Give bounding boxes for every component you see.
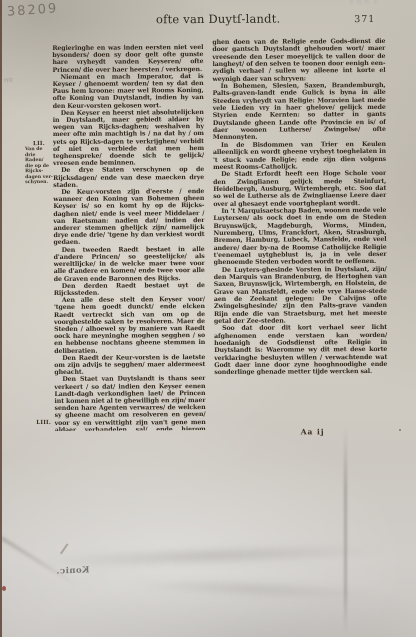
signature-mark: Aa ij xyxy=(301,427,325,436)
paragraph: De Keur-vorsten zijn d'eerste / ende wan… xyxy=(53,188,204,247)
paragraph: Regieringhe en was inden eersten niet ve… xyxy=(52,44,203,74)
paragraph: Niemant en mach Imperator, dat is Keyser… xyxy=(53,73,204,110)
paragraph: De Luyters-ghesinde Vorsten in Duytslant… xyxy=(214,266,387,326)
show-through-text-top: 1351 xyxy=(138,0,378,6)
paragraph: ghen doen van de Religie ende Gods-diens… xyxy=(212,38,385,83)
paragraph: Den Raedt der Keur-vorsten is de laetste… xyxy=(54,354,205,377)
paragraph: In Bohemen, Slesien, Saxen, Brandemburgh… xyxy=(213,82,386,142)
paragraph: De Stadt Erfordt heeft een Hoge Schole v… xyxy=(213,170,386,208)
paragraph: Aen alle dese stelt den Keyser voor/ 'tg… xyxy=(54,296,205,355)
margin-note-label: LIII. xyxy=(30,420,58,426)
paragraph: Den derden Raedt bestaet uyt de Rijcksst… xyxy=(54,282,205,297)
text-column-left: Regieringhe en was inden eersten niet ve… xyxy=(52,44,205,431)
text-column-right: ghen doen van de Religie ende Gods-diens… xyxy=(212,38,387,423)
paragraph: Soo dat door dit kort verhael seer licht… xyxy=(214,324,387,376)
margin-note-lii: LII. Van de drie Raden/ die op de Rijcks… xyxy=(25,141,53,186)
margin-note-text: Van de drie Raden/ die op de Rijcks-dage… xyxy=(25,147,53,186)
paragraph: De drye Staten verschynen op de Rijcksda… xyxy=(53,166,204,189)
paragraph: In 't Marquisaetschap Baden, woonen mede… xyxy=(213,207,386,267)
paragraph: Den Keyser en heerst niet absolutelijcke… xyxy=(53,109,204,168)
paragraph: In de Bisdommen van Trier en Keulen alle… xyxy=(213,141,386,171)
printed-text-block: 1351 (13 ofte van Duytſ-landt. 371 LII. … xyxy=(0,0,416,637)
paragraph: Den tweeden Raedt bestaet in alle d'ande… xyxy=(54,246,205,283)
running-title: ofte van Duytſ-landt. xyxy=(118,11,318,26)
margin-note-liii: LIII. xyxy=(30,420,58,426)
paragraph: Den Staet van Duytslandt is thans seer v… xyxy=(54,375,205,431)
page-number: 371 xyxy=(354,14,375,25)
